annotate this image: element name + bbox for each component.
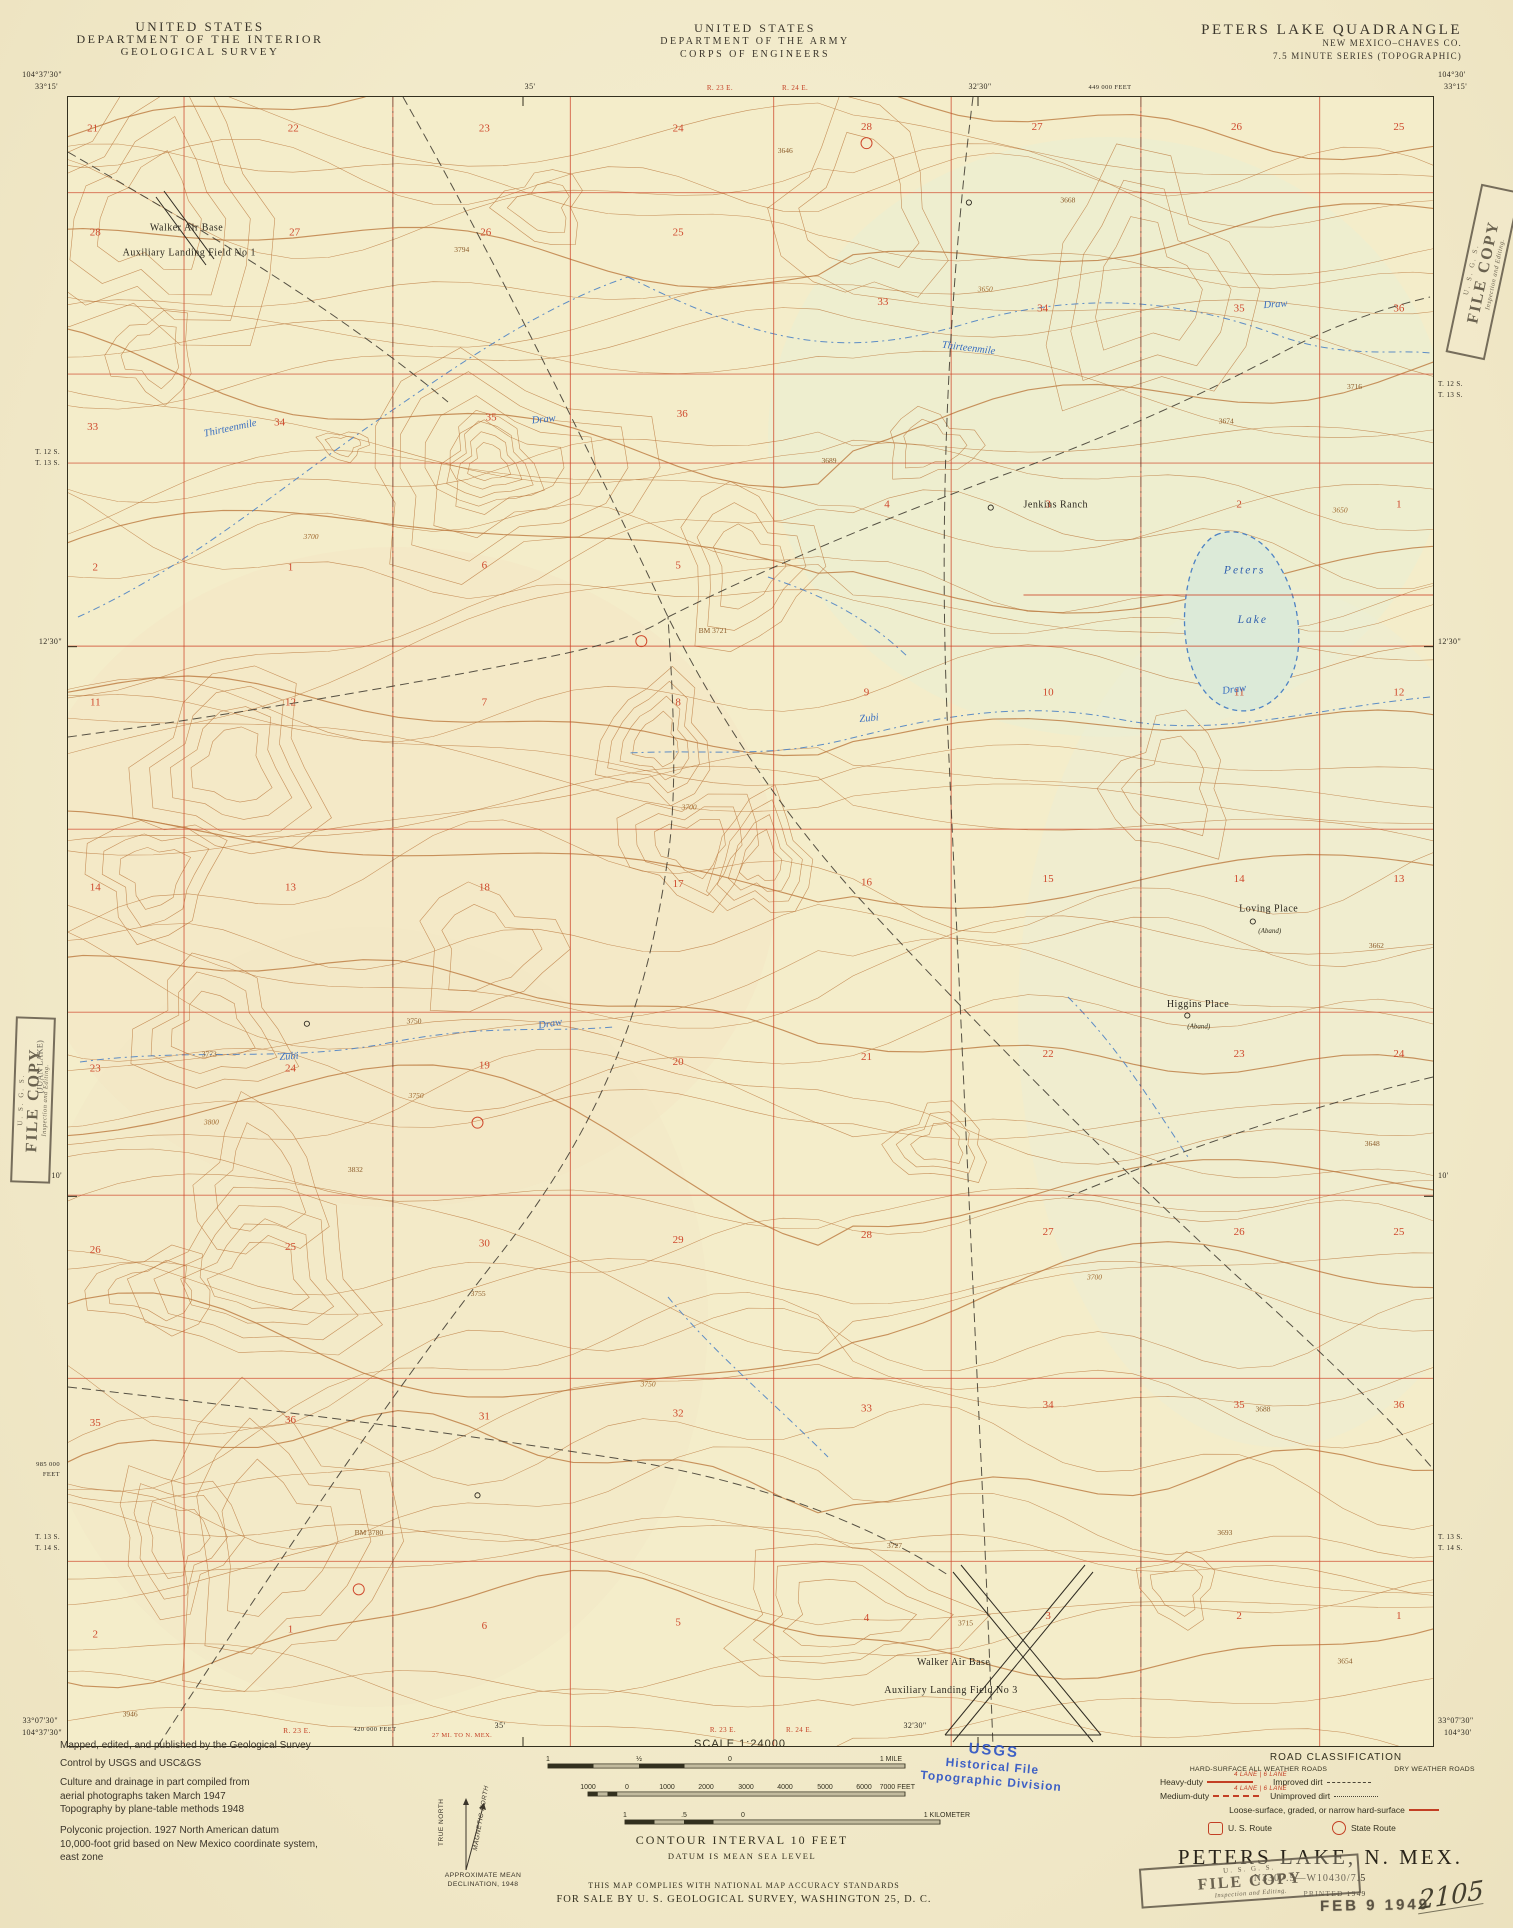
section-number: 31 — [479, 1411, 490, 1423]
road-class-title: ROAD CLASSIFICATION — [1160, 1752, 1512, 1763]
margin-label: 35' — [525, 82, 536, 91]
section-number: 36 — [1393, 302, 1405, 314]
margin-label: T. 12 S. — [1438, 380, 1463, 388]
section-number: 4 — [884, 499, 890, 511]
legend-line-medium-duty — [1213, 1795, 1259, 1797]
credit-line: 10,000-foot grid based on New Mexico coo… — [60, 1838, 318, 1852]
mile-scale-label: ½ — [636, 1755, 642, 1763]
place-label: Loving Place — [1239, 904, 1298, 915]
place-label: (Aband) — [1258, 927, 1282, 935]
section-number: 24 — [1393, 1048, 1405, 1060]
place-label: Auxiliary Landing Field No 1 — [123, 247, 256, 258]
margin-label: 12'30" — [39, 637, 62, 646]
spot-elevation: 3693 — [1217, 1528, 1232, 1537]
header-line: UNITED STATES — [620, 22, 890, 35]
margin-label: 10' — [51, 1171, 62, 1180]
section-number: 2 — [1236, 499, 1242, 511]
margin-label: R. 23 E. — [710, 1726, 736, 1734]
contour-elevation-label: 3700 — [302, 532, 318, 541]
map-neatline: 2122232428272625282726253334353633343536… — [67, 96, 1434, 1747]
section-number: 33 — [87, 421, 99, 433]
section-number: 11 — [90, 697, 101, 709]
legend-line-unimproved-dirt — [1334, 1796, 1378, 1797]
lane-annotation: 4 LANE | 6 LANE — [1234, 1785, 1287, 1792]
section-number: 13 — [1393, 873, 1405, 885]
legend-line-heavy-duty — [1207, 1781, 1253, 1783]
section-number: 1 — [1396, 1610, 1402, 1622]
section-number: 1 — [1396, 499, 1402, 511]
water-feature-label: Peters — [1223, 565, 1265, 577]
header-line: DEPARTMENT OF THE ARMY — [620, 35, 890, 48]
margin-label: T. 12 S. — [35, 448, 60, 456]
quad-title: PETERS LAKE QUADRANGLE — [1092, 24, 1462, 37]
section-number: 25 — [673, 227, 685, 239]
file-copy-stamp-right: U. S. G. S. FILE COPY Inspection and Edi… — [1446, 184, 1513, 361]
section-number: 26 — [90, 1244, 102, 1256]
section-number: 24 — [285, 1063, 297, 1075]
section-number: 28 — [861, 1229, 873, 1241]
section-number: 12 — [285, 697, 296, 709]
section-number: 3 — [1045, 1610, 1051, 1622]
spot-elevation: 3648 — [1365, 1139, 1380, 1148]
accuracy-note: THIS MAP COMPLIES WITH NATIONAL MAP ACCU… — [588, 1881, 899, 1890]
margin-label: 33°15' — [1444, 82, 1467, 91]
credit-mapped: Mapped, edited, and published by the Geo… — [60, 1739, 311, 1753]
section-number: 6 — [482, 1620, 488, 1632]
section-number: 14 — [90, 881, 102, 893]
section-number: 2 — [93, 1628, 99, 1640]
topographic-map-canvas[interactable]: 2122232428272625282726253334353633343536… — [68, 97, 1433, 1746]
section-number: 26 — [480, 227, 492, 239]
quad-series: 7.5 MINUTE SERIES (TOPOGRAPHIC) — [1092, 50, 1462, 63]
credit-line: Polyconic projection. 1927 North America… — [60, 1824, 318, 1838]
section-number: 16 — [861, 876, 873, 888]
section-number: 23 — [90, 1063, 102, 1075]
section-number: 23 — [1234, 1048, 1246, 1060]
true-north-label: TRUE NORTH — [438, 1799, 445, 1847]
margin-label: T. 14 S. — [1438, 1544, 1463, 1552]
section-number: 36 — [677, 408, 689, 420]
header-line: GEOLOGICAL SURVEY — [60, 46, 340, 59]
credit-line: aerial photographs taken March 1947 — [60, 1790, 250, 1804]
margin-label: R. 24 E. — [786, 1726, 812, 1734]
header-army: UNITED STATES DEPARTMENT OF THE ARMY COR… — [620, 22, 890, 61]
feet-scale-label: 3000 — [738, 1784, 754, 1791]
margin-label: 33°15' — [35, 82, 58, 91]
margin-label: 985 000 — [36, 1461, 60, 1468]
section-number: 1 — [288, 1623, 294, 1635]
section-number: 28 — [861, 121, 873, 133]
margin-label: 104°30' — [1438, 70, 1465, 79]
place-label: Jenkins Ranch — [1024, 500, 1089, 511]
section-number: 4 — [864, 1612, 870, 1624]
feet-scale-label: 1000 — [659, 1784, 675, 1791]
section-number: 8 — [675, 697, 681, 709]
section-number: 18 — [479, 881, 491, 893]
margin-label: 32'30" — [903, 1721, 926, 1730]
water-feature-label: Zubi — [279, 1051, 299, 1063]
feet-scale-label: 6000 — [856, 1784, 872, 1791]
map-sheet: UNITED STATES DEPARTMENT OF THE INTERIOR… — [0, 0, 1513, 1928]
contour-interval-note: CONTOUR INTERVAL 10 FEET — [636, 1833, 848, 1848]
section-number: 23 — [479, 123, 491, 135]
spot-elevation: 3773 — [202, 1050, 217, 1059]
handwritten-number: 2105 — [1418, 1879, 1484, 1915]
credit-line: Mapped, edited, and published by the Geo… — [60, 1739, 311, 1753]
state-route-icon — [1332, 1821, 1346, 1835]
section-number: 36 — [285, 1414, 297, 1426]
margin-label: 104°30' — [1444, 1728, 1471, 1737]
section-number: 29 — [673, 1234, 685, 1246]
feet-scale-label: 2000 — [698, 1784, 714, 1791]
section-number: 28 — [90, 227, 102, 239]
water-feature-label: Draw — [1262, 298, 1288, 311]
section-number: 35 — [486, 411, 498, 423]
legend-line-improved-dirt — [1327, 1782, 1371, 1783]
margin-label: R. 23 E. — [707, 84, 733, 92]
margin-label: 449 000 FEET — [1088, 84, 1131, 91]
credit-line: Control by USGS and USC&GS — [60, 1757, 201, 1771]
scale-text: SCALE 1:24000 — [694, 1738, 786, 1750]
section-number: 26 — [1234, 1226, 1246, 1238]
margin-label: T. 13 S. — [1438, 391, 1463, 399]
datum-note: DATUM IS MEAN SEA LEVEL — [668, 1851, 816, 1861]
received-date-stamp: FEB 9 1949 — [1320, 1896, 1430, 1915]
section-number: 7 — [482, 697, 488, 709]
margin-label: T. 13 S. — [1438, 1533, 1463, 1541]
legend-line-loose-surface — [1409, 1809, 1439, 1811]
section-number: 30 — [479, 1237, 491, 1249]
spot-elevation: 3646 — [778, 146, 793, 155]
header-quadrangle: PETERS LAKE QUADRANGLE NEW MEXICO–CHAVES… — [1092, 24, 1462, 63]
margin-label: 10' — [1438, 1171, 1449, 1180]
section-number: 32 — [673, 1407, 684, 1419]
section-number: 33 — [877, 296, 889, 308]
spot-elevation: BM 3721 — [699, 626, 728, 635]
header-line: DEPARTMENT OF THE INTERIOR — [60, 33, 340, 46]
section-number: 34 — [274, 416, 286, 428]
section-number: 2 — [93, 561, 99, 573]
margin-label: T. 13 S. — [35, 1533, 60, 1541]
feet-scale-label: 5000 — [817, 1784, 833, 1791]
section-number: 22 — [1043, 1048, 1054, 1060]
spot-elevation: 3716 — [1347, 382, 1362, 391]
margin-label: T. 14 S. — [35, 1544, 60, 1552]
section-number: 25 — [285, 1241, 297, 1253]
water-feature-label: Zubi — [859, 712, 879, 725]
credit-line: Topography by plane-table methods 1948 — [60, 1803, 250, 1817]
feet-scale-label: 4000 — [777, 1784, 793, 1791]
feet-scale-label: 1000 — [580, 1784, 596, 1791]
section-number: 35 — [1234, 1399, 1246, 1411]
section-number: 5 — [675, 560, 681, 572]
spot-elevation: 3689 — [821, 456, 836, 465]
margin-label: 420 000 FEET — [353, 1726, 396, 1733]
credit-line: Culture and drainage in part compiled fr… — [60, 1776, 250, 1790]
place-label: Walker Air Base — [917, 1657, 990, 1668]
place-label: Walker Air Base — [150, 223, 223, 234]
mile-scale-label: 1 — [546, 1756, 550, 1763]
legend-row-loose: Loose-surface, graded, or narrow hard-su… — [1160, 1803, 1512, 1817]
spot-elevation: 3662 — [1369, 941, 1384, 950]
header-line: CORPS OF ENGINEERS — [620, 48, 890, 61]
spot-elevation: 3654 — [1337, 1657, 1352, 1666]
spot-elevation: 3668 — [1060, 196, 1075, 205]
credit-line: east zone — [60, 1851, 318, 1865]
margin-label: 33°07'30" — [1438, 1716, 1474, 1725]
margin-label: T. 13 S. — [35, 459, 60, 467]
road-classification-legend: ROAD CLASSIFICATION HARD-SURFACE ALL WEA… — [1160, 1752, 1512, 1835]
section-number: 35 — [90, 1417, 102, 1429]
header-usgs: UNITED STATES DEPARTMENT OF THE INTERIOR… — [60, 20, 340, 59]
contour-elevation-label: 3800 — [203, 1117, 219, 1126]
place-label: Higgins Place — [1167, 999, 1229, 1010]
spot-elevation: 3794 — [454, 245, 469, 254]
contour-elevation-label: 3650 — [977, 285, 993, 294]
margin-label: 104°37'30" — [22, 70, 62, 79]
legend-row-heavy: Heavy-duty 4 LANE | 6 LANE Improved dirt — [1160, 1775, 1512, 1789]
spot-elevation: 3674 — [1219, 417, 1234, 426]
margin-label: R. 23 E. — [283, 1726, 311, 1735]
km-scale-label: 0 — [741, 1812, 745, 1819]
section-number: 35 — [1234, 302, 1246, 314]
spot-elevation: 3750 — [407, 1017, 422, 1026]
margin-label: 12'30" — [1438, 637, 1461, 646]
credit-culture: Culture and drainage in part compiled fr… — [60, 1776, 250, 1817]
legend-row-medium: Medium-duty 4 LANE | 6 LANE Unimproved d… — [1160, 1789, 1512, 1803]
margin-label: R. 24 E. — [782, 84, 808, 92]
feet-scale-label: 7000 FEET — [880, 1784, 916, 1791]
legend-row-routes: U. S. Route State Route — [1160, 1821, 1512, 1835]
section-number: 36 — [1393, 1399, 1405, 1411]
margin-label: 104°37'30" — [22, 1728, 62, 1737]
spot-elevation: 3832 — [348, 1165, 363, 1174]
section-number: 25 — [1393, 121, 1405, 133]
section-number: 27 — [1032, 121, 1044, 133]
declination-caption: APPROXIMATE MEAN DECLINATION, 1948 — [408, 1872, 558, 1889]
section-number: 33 — [861, 1402, 873, 1414]
section-number: 9 — [864, 687, 870, 699]
margin-label: 33°07'30" — [22, 1716, 58, 1725]
spot-elevation: 3715 — [958, 1619, 973, 1628]
km-scale-label: 1 KILOMETER — [924, 1812, 970, 1819]
section-number: 34 — [1037, 302, 1049, 314]
credit-control: Control by USGS and USC&GS — [60, 1757, 201, 1771]
contour-elevation-label: 3650 — [1332, 506, 1348, 515]
spot-elevation: 3688 — [1256, 1404, 1271, 1413]
margin-label: 32'30" — [968, 82, 991, 91]
section-number: 5 — [675, 1617, 681, 1629]
km-scale-label: 1 — [623, 1812, 627, 1819]
road-class-columns: HARD-SURFACE ALL WEATHER ROADS DRY WEATH… — [1160, 1766, 1512, 1773]
section-number: 24 — [673, 123, 685, 135]
km-scale-label: .5 — [681, 1812, 687, 1819]
lane-annotation: 4 LANE | 6 LANE — [1234, 1771, 1287, 1778]
section-number: 1 — [288, 561, 294, 573]
spot-elevation: 3755 — [471, 1289, 486, 1298]
credit-projection: Polyconic projection. 1927 North America… — [60, 1824, 318, 1865]
section-number: 26 — [1231, 121, 1243, 133]
spot-elevation: 3727 — [887, 1541, 902, 1550]
margin-label: FEET — [43, 1471, 60, 1478]
margin-label: 27 MI. TO N. MEX. — [432, 1732, 492, 1739]
contour-elevation-label: 3700 — [681, 802, 697, 811]
section-number: 20 — [673, 1056, 685, 1068]
contour-elevation-label: 3750 — [408, 1091, 424, 1100]
us-route-icon — [1208, 1822, 1223, 1835]
section-number: 22 — [288, 123, 299, 135]
place-label: (Aband) — [1187, 1023, 1211, 1031]
quad-state: NEW MEXICO–CHAVES CO. — [1092, 37, 1462, 50]
section-number: 34 — [1043, 1399, 1055, 1411]
section-number: 21 — [861, 1051, 872, 1063]
section-number: 10 — [1043, 687, 1055, 699]
section-number: 21 — [87, 123, 98, 135]
section-number: 27 — [1043, 1226, 1055, 1238]
section-number: 6 — [482, 560, 488, 572]
section-number: 14 — [1234, 873, 1246, 885]
section-number: 2 — [1236, 1610, 1242, 1622]
section-number: 25 — [1393, 1226, 1405, 1238]
section-number: 12 — [1393, 687, 1404, 699]
contour-elevation-label: 3700 — [1086, 1272, 1102, 1281]
contour-elevation-label: 3750 — [640, 1380, 656, 1389]
section-number: 15 — [1043, 873, 1055, 885]
feet-scale-label: 0 — [625, 1784, 629, 1791]
file-copy-stamp-left: U. S. G. S. FILE COPY Inspection and Edi… — [10, 1016, 56, 1183]
margin-label: 35' — [495, 1721, 506, 1730]
mile-scale-label: 0 — [728, 1756, 732, 1763]
section-number: 13 — [285, 881, 297, 893]
spot-elevation: BM 3780 — [355, 1528, 384, 1537]
sale-note: FOR SALE BY U. S. GEOLOGICAL SURVEY, WAS… — [556, 1894, 931, 1905]
water-feature-label: Lake — [1237, 614, 1268, 626]
section-number: 27 — [289, 227, 301, 239]
section-number: 17 — [673, 878, 685, 890]
spot-elevation: 3946 — [123, 1709, 138, 1718]
place-label: Auxiliary Landing Field No 3 — [884, 1685, 1017, 1696]
section-number: 19 — [479, 1059, 491, 1071]
